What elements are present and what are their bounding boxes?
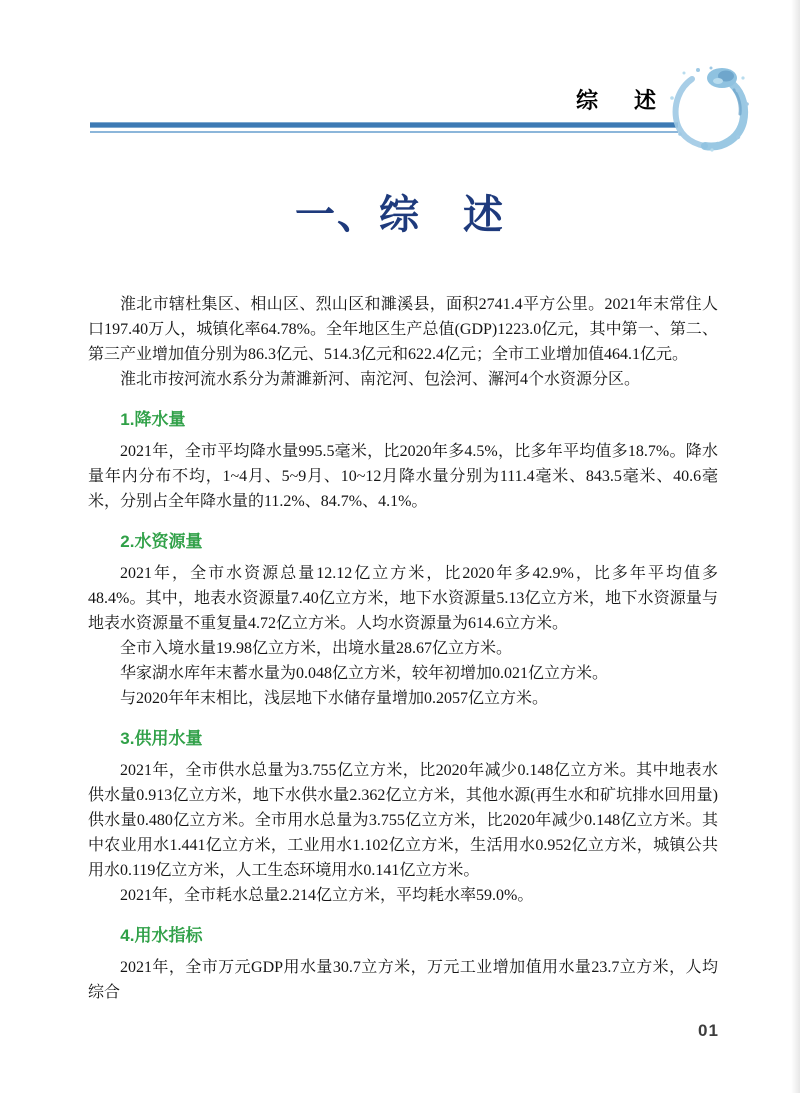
water-splash-icon <box>668 64 752 152</box>
page-edge-shadow <box>791 0 800 1093</box>
body-paragraph: 淮北市辖杜集区、相山区、烈山区和濉溪县，面积2741.4平方公里。2021年末常… <box>88 292 718 367</box>
header-rule-top <box>90 122 678 128</box>
body-paragraph: 淮北市按河流水系分为萧濉新河、南沱河、包浍河、澥河4个水资源分区。 <box>88 367 718 392</box>
body-paragraph: 2021年，全市耗水总量2.214亿立方米，平均耗水率59.0%。 <box>88 883 718 908</box>
body-paragraph: 2021年，全市平均降水量995.5毫米，比2020年多4.5%，比多年平均值多… <box>88 439 718 514</box>
section-heading: 2.水资源量 <box>88 530 718 554</box>
body-paragraph: 全市入境水量19.98亿立方米，出境水量28.67亿立方米。 <box>88 636 718 661</box>
section-heading: 1.降水量 <box>88 408 718 432</box>
section-heading: 4.用水指标 <box>88 924 718 948</box>
content: 淮北市辖杜集区、相山区、烈山区和濉溪县，面积2741.4平方公里。2021年末常… <box>88 292 718 1005</box>
page-title: 一、综 述 <box>0 190 800 240</box>
body-paragraph: 与2020年年末相比，浅层地下水储存量增加0.2057亿立方米。 <box>88 686 718 711</box>
page-number: 01 <box>698 1021 719 1041</box>
body-paragraph: 2021年，全市水资源总量12.12亿立方米，比2020年多42.9%，比多年平… <box>88 561 718 636</box>
running-header-title: 综 述 <box>576 84 666 115</box>
body-paragraph: 2021年，全市万元GDP用水量30.7立方米，万元工业增加值用水量23.7立方… <box>88 955 718 1005</box>
body-paragraph: 2021年，全市供水总量为3.755亿立方米，比2020年减少0.148亿立方米… <box>88 758 718 883</box>
section-heading: 3.供用水量 <box>88 727 718 751</box>
header-rule-bottom <box>90 131 678 133</box>
body-paragraph: 华家湖水库年末蓄水量为0.048亿立方米，较年初增加0.021亿立方米。 <box>88 661 718 686</box>
